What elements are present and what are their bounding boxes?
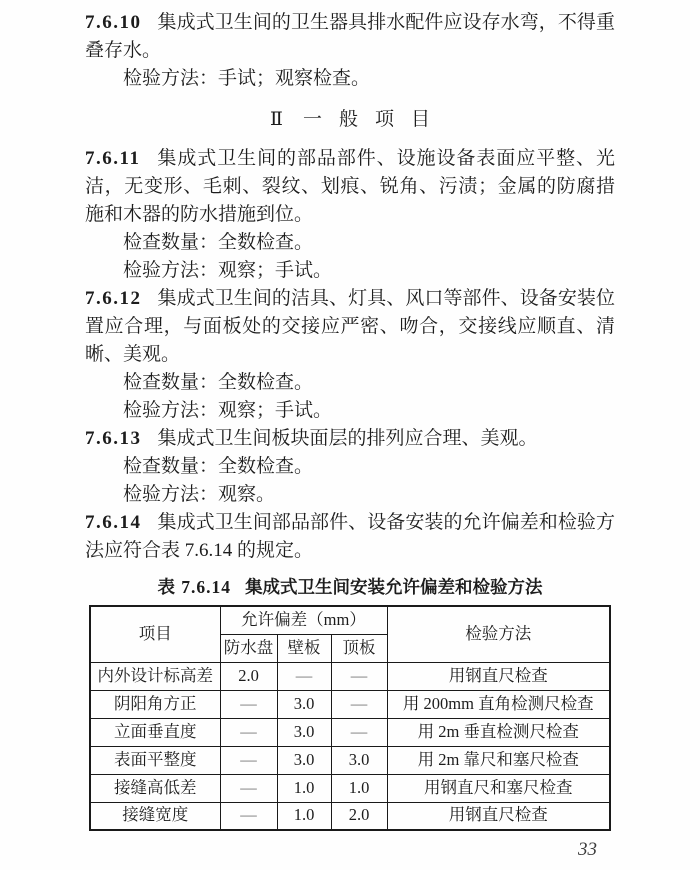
clause-7-6-11-method: 检验方法：观察；手试。 — [85, 257, 615, 285]
clause-text: 集成式卫生间的部品部件、设施设备表面应平整、光洁，无变形、毛刺、裂纹、划痕、锐角… — [85, 148, 615, 225]
section-label: 一般项目 — [303, 109, 447, 130]
cell-wall: 3.0 — [277, 746, 331, 774]
row-method: 用钢直尺和塞尺检查 — [387, 774, 610, 802]
row-item: 立面垂直度 — [90, 718, 220, 746]
col-header-tolerance: 允许偏差（mm） — [220, 606, 387, 634]
table-title-number: 表 7.6.14 — [157, 577, 231, 597]
page-number: 33 — [85, 839, 615, 861]
clause-7-6-10-method: 检验方法：手试；观察检查。 — [85, 65, 615, 93]
table-title: 表 7.6.14集成式卫生间安装允许偏差和检验方法 — [85, 573, 615, 601]
table-row: 立面垂直度—3.0—用 2m 垂直检测尺检查 — [90, 718, 610, 746]
table-row: 阴阳角方正—3.0—用 200mm 直角检测尺检查 — [90, 690, 610, 718]
clause-7-6-12-method: 检验方法：观察；手试。 — [85, 397, 615, 425]
cell-ceiling: — — [331, 718, 387, 746]
cell-pan: 2.0 — [220, 662, 277, 690]
clause-7-6-14: 7.6.14集成式卫生间部品部件、设备安装的允许偏差和检验方法应符合表 7.6.… — [85, 509, 615, 565]
cell-ceiling: 1.0 — [331, 774, 387, 802]
clause-number: 7.6.13 — [85, 428, 158, 449]
section-numeral: Ⅱ — [270, 109, 283, 130]
col-header-wall: 壁板 — [277, 634, 331, 662]
row-method: 用 200mm 直角检测尺检查 — [387, 690, 610, 718]
table-row: 接缝宽度—1.02.0用钢直尺检查 — [90, 802, 610, 830]
document-page: 7.6.10集成式卫生间的卫生器具排水配件应设存水弯，不得重叠存水。 检验方法：… — [0, 0, 700, 870]
section-heading: Ⅱ一般项目 — [85, 106, 615, 134]
clause-7-6-13-method: 检验方法：观察。 — [85, 481, 615, 509]
cell-ceiling: — — [331, 662, 387, 690]
cell-ceiling: — — [331, 690, 387, 718]
clause-number: 7.6.14 — [85, 512, 158, 533]
clause-7-6-12-quantity: 检查数量：全数检查。 — [85, 369, 615, 397]
cell-wall: 3.0 — [277, 690, 331, 718]
clause-7-6-11: 7.6.11集成式卫生间的部品部件、设施设备表面应平整、光洁，无变形、毛刺、裂纹… — [85, 145, 615, 229]
cell-wall: 1.0 — [277, 802, 331, 830]
clause-text: 集成式卫生间板块面层的排列应合理、美观。 — [158, 428, 538, 449]
row-item: 表面平整度 — [90, 746, 220, 774]
cell-ceiling: 2.0 — [331, 802, 387, 830]
row-method: 用钢直尺检查 — [387, 662, 610, 690]
row-method: 用 2m 垂直检测尺检查 — [387, 718, 610, 746]
cell-pan: — — [220, 718, 277, 746]
clause-text: 集成式卫生间的洁具、灯具、风口等部件、设备安装位置应合理，与面板处的交接应严密、… — [85, 288, 615, 365]
table-header-row-1: 项目 允许偏差（mm） 检验方法 — [90, 606, 610, 634]
cell-pan: — — [220, 746, 277, 774]
cell-wall: 3.0 — [277, 718, 331, 746]
cell-pan: — — [220, 690, 277, 718]
clause-7-6-13: 7.6.13集成式卫生间板块面层的排列应合理、美观。 — [85, 425, 615, 453]
clause-number: 7.6.12 — [85, 288, 158, 309]
row-item: 阴阳角方正 — [90, 690, 220, 718]
col-header-ceiling: 顶板 — [331, 634, 387, 662]
clause-7-6-13-quantity: 检查数量：全数检查。 — [85, 453, 615, 481]
cell-pan: — — [220, 802, 277, 830]
row-method: 用 2m 靠尺和塞尺检查 — [387, 746, 610, 774]
clause-7-6-10: 7.6.10集成式卫生间的卫生器具排水配件应设存水弯，不得重叠存水。 — [85, 9, 615, 65]
table-row: 内外设计标高差2.0——用钢直尺检查 — [90, 662, 610, 690]
table-row: 接缝高低差—1.01.0用钢直尺和塞尺检查 — [90, 774, 610, 802]
cell-wall: — — [277, 662, 331, 690]
row-item: 接缝高低差 — [90, 774, 220, 802]
clause-number: 7.6.11 — [85, 148, 156, 169]
cell-pan: — — [220, 774, 277, 802]
tolerance-table: 项目 允许偏差（mm） 检验方法 防水盘 壁板 顶板 内外设计标高差2.0——用… — [89, 605, 611, 831]
row-item: 接缝宽度 — [90, 802, 220, 830]
col-header-pan: 防水盘 — [220, 634, 277, 662]
clause-number: 7.6.10 — [85, 12, 158, 33]
cell-wall: 1.0 — [277, 774, 331, 802]
row-method: 用钢直尺检查 — [387, 802, 610, 830]
clause-7-6-12: 7.6.12集成式卫生间的洁具、灯具、风口等部件、设备安装位置应合理，与面板处的… — [85, 285, 615, 369]
clause-text: 集成式卫生间部品部件、设备安装的允许偏差和检验方法应符合表 7.6.14 的规定… — [85, 512, 615, 561]
cell-ceiling: 3.0 — [331, 746, 387, 774]
row-item: 内外设计标高差 — [90, 662, 220, 690]
col-header-method: 检验方法 — [387, 606, 610, 662]
col-header-item: 项目 — [90, 606, 220, 662]
table-title-text: 集成式卫生间安装允许偏差和检验方法 — [245, 577, 543, 597]
clause-text: 集成式卫生间的卫生器具排水配件应设存水弯，不得重叠存水。 — [85, 12, 615, 61]
table-row: 表面平整度—3.03.0用 2m 靠尺和塞尺检查 — [90, 746, 610, 774]
clause-7-6-11-quantity: 检查数量：全数检查。 — [85, 229, 615, 257]
